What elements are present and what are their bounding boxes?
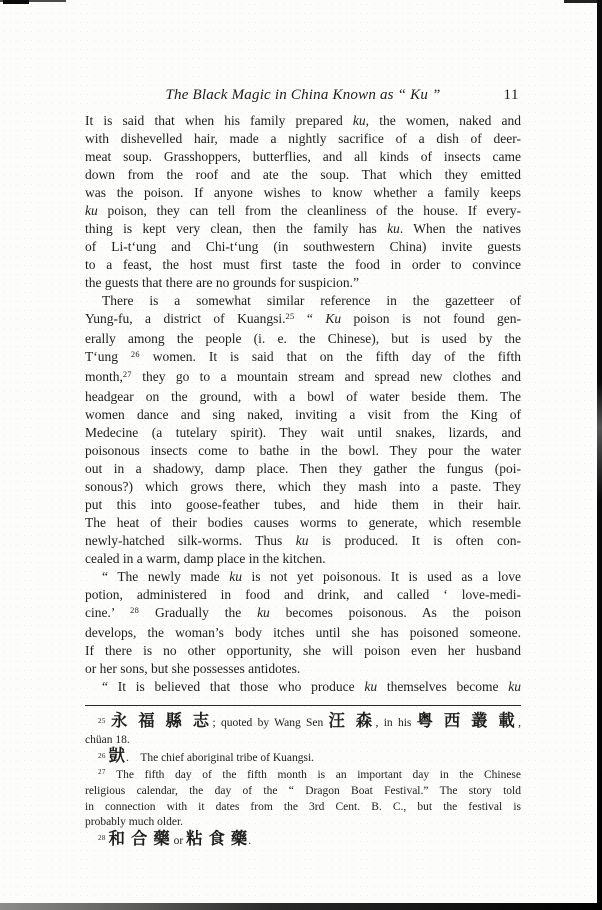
text-line: ku poison, they can tell from the cleanl… [85,202,521,220]
scan-artifact-right-edge [597,0,602,910]
footnote-marker: 27 [98,768,106,776]
text-line: 28 和 合 藥 or 粘 食 藥. [85,831,521,851]
text-line: in connection with it dates from the 3rd… [85,800,521,816]
text-line: develops, the woman’s body itches until … [85,624,521,642]
footnote-marker: 25 [98,717,106,725]
footnote-marker: 28 [130,606,139,615]
text-line: religious calendar, the day of the “ Dra… [85,784,521,800]
text-line: meat soup. Grasshoppers, butterflies, an… [85,148,521,166]
footnotes-section: 25 永 福 縣 志; quoted by Wang Sen 汪 森, in h… [85,713,521,850]
text-line: erally among the people (i. e. the Chine… [85,330,521,348]
paragraph: “ It is believed that those who produce … [85,678,521,696]
chinese-characters: 獃 [109,746,126,765]
chinese-characters: 汪 森 [329,711,376,730]
text-line: “ The newly made ku is not yet poisonous… [85,568,521,586]
footnote-marker: 26 [98,752,106,760]
text-line: women dance and sing naked, inviting a v… [85,406,521,424]
text-line: There is a somewhat similar reference in… [85,292,521,310]
chinese-characters: 和 合 藥 [109,829,171,848]
text-line: with dishevelled hair, made a nightly sa… [85,130,521,148]
text-line: 27 The fifth day of the fifth month is a… [85,768,521,785]
scan-artifact-bottom-edge [0,903,602,910]
text-line: 26 獃. The chief aboriginal tribe of Kuan… [85,748,521,768]
footnote-marker: 28 [98,834,106,842]
paragraph: There is a somewhat similar reference in… [85,292,521,568]
text-line: T‘ung 26 women. It is said that on the f… [85,348,521,368]
footnote: 26 獃. The chief aboriginal tribe of Kuan… [85,748,521,768]
text-line: If there is no other opportunity, she wi… [85,642,521,660]
text-line: The heat of their bodies causes worms to… [85,514,521,532]
text-line: Medecine (a tutelary spirit). They wait … [85,424,521,442]
text-line: put this into goose-feather tubes, and h… [85,496,521,514]
text-line: poisonous insects come to bathe in the b… [85,442,521,460]
text-line: chüan 18. [85,733,521,749]
text-line: “ It is believed that those who produce … [85,678,521,696]
text-line: the guests that there are no grounds for… [85,274,521,292]
text-line: potion, administered in food and drink, … [85,586,521,604]
text-line: cine.’ 28 Gradually the ku becomes poiso… [85,604,521,624]
chinese-characters: 永 福 縣 志 [111,711,212,730]
footnote-marker: 26 [131,350,140,359]
book-page-scan: The Black Magic in China Known as “ Ku ”… [0,0,602,910]
text-line: sonous?) which grows there, which they m… [85,478,521,496]
text-line: newly-hatched silk-worms. Thus ku is pro… [85,532,521,550]
text-line: to a feast, the host must first taste th… [85,256,521,274]
text-line: month,27 they go to a mountain stream an… [85,368,521,388]
paragraph: It is said that when his family prepared… [85,112,521,292]
body-text: It is said that when his family prepared… [85,112,521,696]
running-header: The Black Magic in China Known as “ Ku ”… [85,86,521,104]
scan-artifact-top-left [3,0,29,4]
text-line: of Li-t‘ung and Chi-t‘ung (in southweste… [85,238,521,256]
text-line: down from the roof and ate the soup. Tha… [85,166,521,184]
text-line: cealed in a warm, damp place in the kitc… [85,550,521,568]
footnote: 28 和 合 藥 or 粘 食 藥. [85,831,521,851]
footnote-marker: 25 [285,312,294,321]
page-content: The Black Magic in China Known as “ Ku ”… [85,0,521,850]
footnote: 25 永 福 縣 志; quoted by Wang Sen 汪 森, in h… [85,713,521,748]
header-title: The Black Magic in China Known as “ Ku ” [165,87,440,103]
text-line: Yung-fu, a district of Kuangsi.25 “ Ku p… [85,310,521,330]
chinese-characters: 粘 食 藥 [186,829,248,848]
paragraph: “ The newly made ku is not yet poisonous… [85,568,521,678]
text-line: 25 永 福 縣 志; quoted by Wang Sen 汪 森, in h… [85,713,521,733]
text-line: out in a shadowy, damp place. Then they … [85,460,521,478]
text-line: headgear on the ground, with a bowl of w… [85,388,521,406]
footnote-separator-rule [85,705,521,706]
chinese-characters: 粤 西 叢 載 [417,711,518,730]
text-line: thing is kept very clean, then the famil… [85,220,521,238]
text-line: It is said that when his family prepared… [85,112,521,130]
footnote: 27 The fifth day of the fifth month is a… [85,768,521,831]
text-line: or her sons, but she possesses antidotes… [85,660,521,678]
text-line: was the poison. If anyone wishes to know… [85,184,521,202]
footnote-marker: 27 [123,370,132,379]
page-number: 11 [504,86,519,104]
